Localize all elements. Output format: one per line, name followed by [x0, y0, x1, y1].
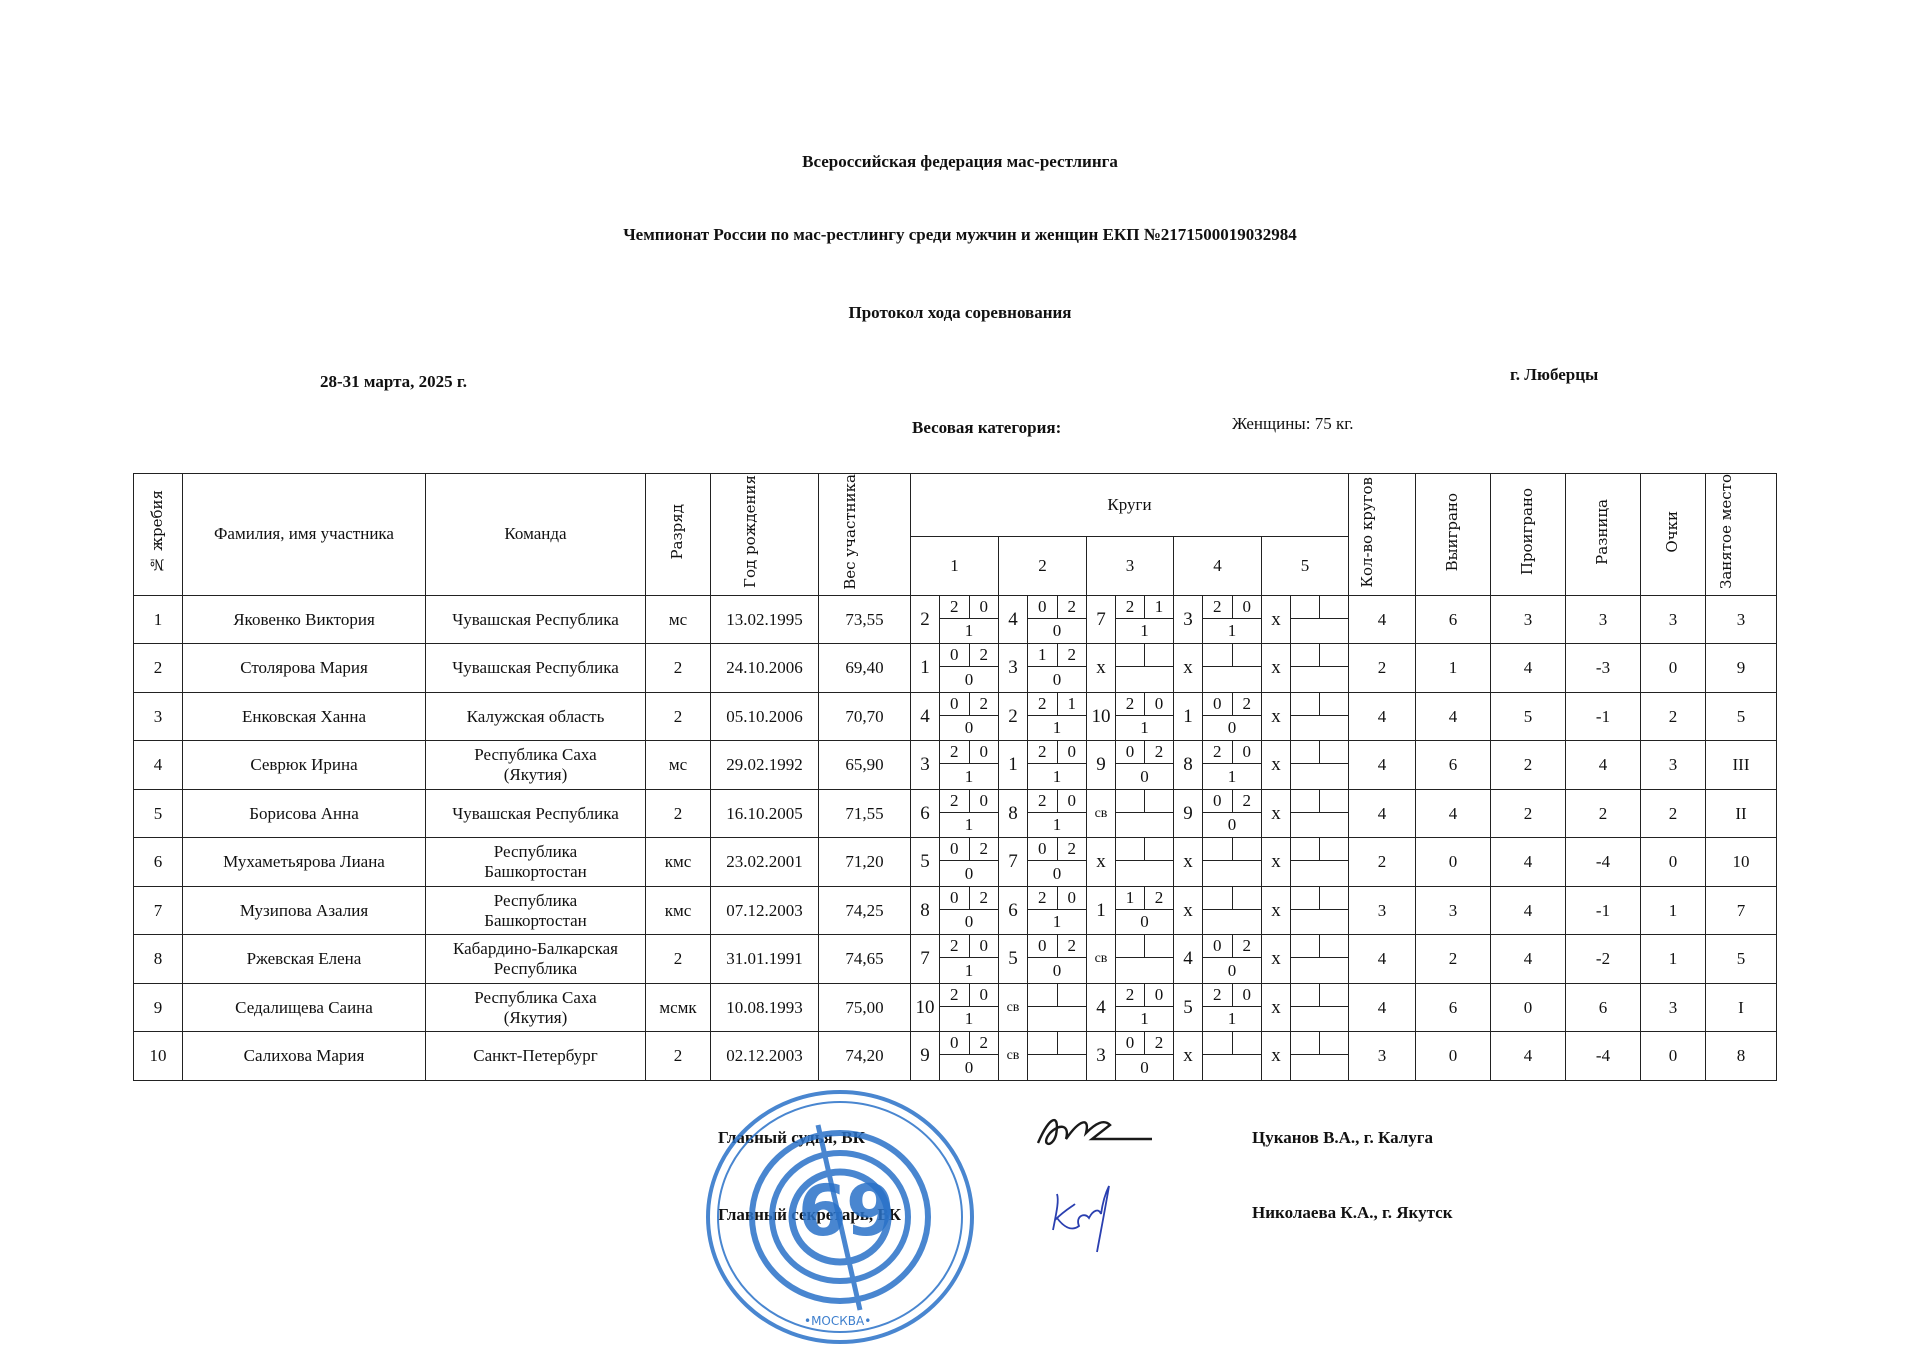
- won: 6: [1416, 983, 1491, 1032]
- score-own: 0: [1028, 935, 1058, 957]
- opponent-no: x: [1262, 741, 1290, 789]
- score-own: [1291, 935, 1320, 957]
- table-row: 4Севрюк ИринаРеспублика Саха(Якутия)мс29…: [134, 741, 1777, 790]
- score-own: 0: [1116, 741, 1145, 763]
- score-own: [1291, 693, 1320, 715]
- score-own: 2: [1116, 596, 1145, 618]
- round-cell-3: св: [1087, 789, 1174, 838]
- score-opponent: 1: [1058, 693, 1087, 715]
- score-opponent: 2: [970, 838, 999, 860]
- round-points: 1: [940, 619, 998, 644]
- round-cell-4: x: [1174, 1032, 1262, 1081]
- draw-no: 1: [134, 595, 183, 644]
- round-points: [1203, 1055, 1261, 1080]
- federation-title: Всероссийская федерация мас-рестлинга: [0, 152, 1920, 172]
- score-own: 2: [1028, 741, 1058, 763]
- score-own: 2: [1116, 693, 1145, 715]
- team: Санкт-Петербург: [426, 1032, 646, 1081]
- table-row: 7Музипова АзалияРеспубликаБашкортостанкм…: [134, 886, 1777, 935]
- opponent-no: 9: [1087, 741, 1115, 789]
- round-number-2: 2: [999, 537, 1087, 596]
- score-opponent: 2: [1058, 935, 1087, 957]
- place: I: [1706, 983, 1777, 1032]
- opponent-no: 4: [911, 693, 939, 741]
- score-own: [1028, 984, 1058, 1006]
- weight: 75,00: [819, 983, 911, 1032]
- team-line: Республика Саха: [426, 988, 645, 1008]
- round-points: 1: [1028, 764, 1086, 789]
- diff: -1: [1566, 886, 1641, 935]
- weight: 74,25: [819, 886, 911, 935]
- lost: 2: [1491, 741, 1566, 790]
- score-opponent: [1233, 1032, 1262, 1054]
- participant-name: Енковская Ханна: [183, 692, 426, 741]
- opponent-no: 5: [999, 935, 1027, 983]
- championship-title: Чемпионат России по мас-рестлингу среди …: [0, 225, 1920, 245]
- svg-text:•МОСКВА•: •МОСКВА•: [804, 1314, 871, 1328]
- score-own: [1203, 644, 1233, 666]
- participant-name: Севрюк Ирина: [183, 741, 426, 790]
- round-cell-3: св: [1087, 935, 1174, 984]
- birth-date: 29.02.1992: [711, 741, 819, 790]
- team: Чувашская Республика: [426, 789, 646, 838]
- points: 3: [1641, 983, 1706, 1032]
- participant-name: Борисова Анна: [183, 789, 426, 838]
- round-cell-2: св: [999, 1032, 1087, 1081]
- chief-secretary-name: Николаева К.А., г. Якутск: [1252, 1203, 1453, 1223]
- round-points: [1116, 861, 1173, 886]
- score-box: 2 0 1: [939, 741, 998, 789]
- round-cell-3: 7 2 1 1: [1087, 595, 1174, 644]
- birth-date: 24.10.2006: [711, 644, 819, 693]
- opponent-no: x: [1174, 838, 1202, 886]
- table-row: 3Енковская ХаннаКалужская область205.10.…: [134, 692, 1777, 741]
- score-opponent: 0: [1058, 887, 1087, 909]
- round-cell-2: 2 2 1 1: [999, 692, 1087, 741]
- opponent-no: x: [1262, 790, 1290, 838]
- table-row: 9Седалищева СаинаРеспублика Саха(Якутия)…: [134, 983, 1777, 1032]
- rank: 2: [646, 1032, 711, 1081]
- round-cell-1: 4 0 2 0: [911, 692, 999, 741]
- table-row: 2Столярова МарияЧувашская Республика224.…: [134, 644, 1777, 693]
- opponent-no: x: [1262, 838, 1290, 886]
- opponent-no: св: [999, 1032, 1027, 1080]
- opponent-no: 8: [1174, 741, 1202, 789]
- round-points: [1116, 667, 1173, 692]
- score-box: 2 0 1: [1115, 693, 1173, 741]
- chief-judge-signature: [1030, 1105, 1160, 1155]
- opponent-no: 5: [911, 838, 939, 886]
- score-box: 2 0 1: [939, 596, 998, 644]
- weight: 69,40: [819, 644, 911, 693]
- round-points: [1116, 958, 1173, 983]
- table-row: 10Салихова МарияСанкт-Петербург202.12.20…: [134, 1032, 1777, 1081]
- draw-no: 2: [134, 644, 183, 693]
- round-cell-4: 5 2 0 1: [1174, 983, 1262, 1032]
- score-own: [1203, 838, 1233, 860]
- opponent-no: 1: [911, 644, 939, 692]
- draw-no: 8: [134, 935, 183, 984]
- competition-dates: 28-31 марта, 2025 г.: [320, 372, 467, 392]
- diff: 4: [1566, 741, 1641, 790]
- diff: 3: [1566, 595, 1641, 644]
- round-cell-4: x: [1174, 886, 1262, 935]
- score-opponent: 0: [970, 790, 999, 812]
- team-line: Калужская область: [426, 707, 645, 727]
- team-line: (Якутия): [426, 1008, 645, 1028]
- points: 1: [1641, 886, 1706, 935]
- score-own: 2: [940, 596, 970, 618]
- opponent-no: 9: [911, 1032, 939, 1080]
- birth-date: 31.01.1991: [711, 935, 819, 984]
- round-points: [1203, 861, 1261, 886]
- opponent-no: 2: [911, 596, 939, 644]
- lost: 3: [1491, 595, 1566, 644]
- score-opponent: 0: [970, 596, 999, 618]
- rank: кмс: [646, 886, 711, 935]
- score-own: 2: [940, 790, 970, 812]
- svg-text:6: 6: [798, 1170, 847, 1252]
- opponent-no: x: [1262, 596, 1290, 644]
- score-own: 0: [1203, 790, 1233, 812]
- score-opponent: [1320, 644, 1348, 666]
- score-box: [1290, 741, 1348, 789]
- score-opponent: [1320, 887, 1348, 909]
- score-own: [1116, 644, 1145, 666]
- score-opponent: 2: [970, 644, 999, 666]
- points: 0: [1641, 644, 1706, 693]
- score-opponent: [1233, 887, 1262, 909]
- col-birth: Год рождения: [711, 474, 819, 596]
- score-own: 2: [1203, 741, 1233, 763]
- round-cell-5: x: [1262, 644, 1349, 693]
- round-cell-3: 3 0 2 0: [1087, 1032, 1174, 1081]
- opponent-no: 4: [1174, 935, 1202, 983]
- round-points: 0: [1116, 910, 1173, 935]
- opponent-no: 8: [999, 790, 1027, 838]
- score-opponent: 1: [1145, 596, 1173, 618]
- round-points: [1291, 667, 1348, 692]
- round-cell-4: 3 2 0 1: [1174, 595, 1262, 644]
- round-cell-2: 3 1 2 0: [999, 644, 1087, 693]
- place: 7: [1706, 886, 1777, 935]
- score-own: 2: [1116, 984, 1145, 1006]
- rank: мсмк: [646, 983, 711, 1032]
- birth-date: 10.08.1993: [711, 983, 819, 1032]
- round-points: 0: [940, 667, 998, 692]
- score-opponent: 2: [1233, 935, 1262, 957]
- opponent-no: 7: [911, 935, 939, 983]
- round-cell-5: x: [1262, 1032, 1349, 1081]
- score-box: 0 2 0: [1202, 693, 1261, 741]
- protocol-table: № жребия Фамилия, имя участника Команда …: [133, 473, 1777, 1081]
- score-own: [1116, 838, 1145, 860]
- rounds-count: 4: [1349, 595, 1416, 644]
- draw-no: 4: [134, 741, 183, 790]
- opponent-no: 9: [1174, 790, 1202, 838]
- score-opponent: 2: [1145, 741, 1173, 763]
- opponent-no: св: [999, 984, 1027, 1032]
- team: Республика Саха(Якутия): [426, 983, 646, 1032]
- lost: 4: [1491, 935, 1566, 984]
- score-box: [1202, 838, 1261, 886]
- col-rounds: Круги: [911, 474, 1349, 537]
- lost: 4: [1491, 838, 1566, 887]
- weight: 74,65: [819, 935, 911, 984]
- round-points: 0: [1116, 1055, 1173, 1080]
- score-box: 0 2 0: [939, 1032, 998, 1080]
- round-points: 1: [1116, 716, 1173, 741]
- weight: 71,20: [819, 838, 911, 887]
- draw-no: 10: [134, 1032, 183, 1081]
- score-own: 2: [1028, 887, 1058, 909]
- score-own: [1028, 1032, 1058, 1054]
- opponent-no: x: [1174, 887, 1202, 935]
- birth-date: 13.02.1995: [711, 595, 819, 644]
- opponent-no: 1: [1174, 693, 1202, 741]
- place: 9: [1706, 644, 1777, 693]
- round-cell-2: 1 2 0 1: [999, 741, 1087, 790]
- round-points: 0: [940, 716, 998, 741]
- score-own: [1116, 790, 1145, 812]
- score-box: 2 0 1: [939, 984, 998, 1032]
- col-weight: Вес участника: [819, 474, 911, 596]
- points: 1: [1641, 935, 1706, 984]
- score-opponent: [1320, 1032, 1348, 1054]
- rounds-count: 2: [1349, 644, 1416, 693]
- round-number-5: 5: [1262, 537, 1349, 596]
- round-points: [1291, 1007, 1348, 1032]
- round-points: 1: [1203, 619, 1261, 644]
- won: 3: [1416, 886, 1491, 935]
- rounds-count: 3: [1349, 1032, 1416, 1081]
- diff: -4: [1566, 838, 1641, 887]
- weight: 74,20: [819, 1032, 911, 1081]
- opponent-no: x: [1174, 1032, 1202, 1080]
- round-points: 1: [1028, 910, 1086, 935]
- score-box: 2 0 1: [939, 935, 998, 983]
- score-own: 2: [1203, 596, 1233, 618]
- score-own: [1291, 1032, 1320, 1054]
- score-own: 0: [940, 887, 970, 909]
- round-cell-2: 8 2 0 1: [999, 789, 1087, 838]
- score-box: 0 2 0: [1202, 935, 1261, 983]
- round-cell-3: 10 2 0 1: [1087, 692, 1174, 741]
- round-cell-2: 5 0 2 0: [999, 935, 1087, 984]
- weight: 71,55: [819, 789, 911, 838]
- score-box: [1202, 887, 1261, 935]
- won: 1: [1416, 644, 1491, 693]
- participant-name: Мухаметьярова Лиана: [183, 838, 426, 887]
- score-box: [1115, 790, 1173, 838]
- lost: 4: [1491, 886, 1566, 935]
- score-box: [1290, 693, 1348, 741]
- round-cell-5: x: [1262, 595, 1349, 644]
- score-own: [1203, 1032, 1233, 1054]
- score-box: 2 0 1: [1115, 984, 1173, 1032]
- round-cell-2: 4 0 2 0: [999, 595, 1087, 644]
- score-opponent: [1145, 790, 1173, 812]
- round-cell-1: 8 0 2 0: [911, 886, 999, 935]
- score-own: 0: [1116, 1032, 1145, 1054]
- place: 10: [1706, 838, 1777, 887]
- round-points: 0: [1116, 764, 1173, 789]
- team: Чувашская Республика: [426, 644, 646, 693]
- score-box: [1290, 838, 1348, 886]
- opponent-no: x: [1262, 887, 1290, 935]
- team-line: Чувашская Республика: [426, 610, 645, 630]
- score-box: 0 2 0: [1115, 741, 1173, 789]
- round-cell-2: св: [999, 983, 1087, 1032]
- score-own: 0: [1203, 693, 1233, 715]
- round-points: 0: [940, 910, 998, 935]
- round-points: 1: [1028, 716, 1086, 741]
- team-line: Республика: [426, 842, 645, 862]
- round-points: 1: [1116, 1007, 1173, 1032]
- round-points: 1: [1116, 619, 1173, 644]
- score-own: 1: [1028, 644, 1058, 666]
- weight-category-value: Женщины: 75 кг.: [1232, 414, 1354, 434]
- round-points: 1: [940, 764, 998, 789]
- round-points: [1203, 910, 1261, 935]
- round-cell-1: 6 2 0 1: [911, 789, 999, 838]
- lost: 4: [1491, 1032, 1566, 1081]
- rank: 2: [646, 692, 711, 741]
- opponent-no: 6: [911, 790, 939, 838]
- score-opponent: 2: [1058, 838, 1087, 860]
- score-opponent: 0: [1233, 984, 1262, 1006]
- rounds-count: 4: [1349, 789, 1416, 838]
- score-own: 2: [940, 935, 970, 957]
- round-cell-1: 5 0 2 0: [911, 838, 999, 887]
- score-opponent: [1145, 935, 1173, 957]
- score-opponent: 2: [1233, 693, 1262, 715]
- place: 3: [1706, 595, 1777, 644]
- opponent-no: 3: [1087, 1032, 1115, 1080]
- points: 3: [1641, 595, 1706, 644]
- score-box: 0 2 0: [1027, 935, 1086, 983]
- score-box: [1202, 1032, 1261, 1080]
- score-box: 2 0 1: [1202, 741, 1261, 789]
- round-points: 1: [940, 813, 998, 838]
- team: Кабардино-БалкарскаяРеспублика: [426, 935, 646, 984]
- score-opponent: 2: [1058, 644, 1087, 666]
- team: Республика Саха(Якутия): [426, 741, 646, 790]
- round-number-1: 1: [911, 537, 999, 596]
- round-cell-5: x: [1262, 935, 1349, 984]
- round-points: [1291, 764, 1348, 789]
- score-box: 1 2 0: [1115, 887, 1173, 935]
- birth-date: 02.12.2003: [711, 1032, 819, 1081]
- score-box: 0 2 0: [939, 644, 998, 692]
- score-opponent: [1320, 838, 1348, 860]
- round-points: 0: [940, 861, 998, 886]
- opponent-no: 10: [911, 984, 939, 1032]
- team-line: Республика Саха: [426, 745, 645, 765]
- score-own: [1291, 790, 1320, 812]
- protocol-title: Протокол хода соревнования: [0, 303, 1920, 323]
- draw-no: 6: [134, 838, 183, 887]
- participant-name: Столярова Мария: [183, 644, 426, 693]
- score-own: [1116, 935, 1145, 957]
- chief-secretary-signature: [1045, 1180, 1125, 1260]
- participant-name: Салихова Мария: [183, 1032, 426, 1081]
- team: РеспубликаБашкортостан: [426, 886, 646, 935]
- diff: 2: [1566, 789, 1641, 838]
- opponent-no: x: [1262, 693, 1290, 741]
- round-cell-3: 4 2 0 1: [1087, 983, 1174, 1032]
- rounds-count: 2: [1349, 838, 1416, 887]
- round-cell-5: x: [1262, 741, 1349, 790]
- score-box: 0 2 0: [939, 838, 998, 886]
- weight-category-label: Весовая категория:: [912, 418, 1061, 438]
- score-box: 2 0 1: [1027, 741, 1086, 789]
- score-box: [1290, 596, 1348, 644]
- score-own: 0: [940, 838, 970, 860]
- round-points: 1: [940, 1007, 998, 1032]
- score-box: [1027, 984, 1086, 1032]
- col-lost: Проиграно: [1491, 474, 1566, 596]
- opponent-no: 1: [999, 741, 1027, 789]
- rounds-count: 4: [1349, 983, 1416, 1032]
- score-opponent: 0: [1233, 596, 1262, 618]
- birth-date: 07.12.2003: [711, 886, 819, 935]
- round-cell-5: x: [1262, 789, 1349, 838]
- score-own: 0: [940, 644, 970, 666]
- opponent-no: x: [1087, 644, 1115, 692]
- opponent-no: 3: [1174, 596, 1202, 644]
- round-cell-1: 2 2 0 1: [911, 595, 999, 644]
- round-cell-1: 1 0 2 0: [911, 644, 999, 693]
- won: 6: [1416, 595, 1491, 644]
- lost: 4: [1491, 644, 1566, 693]
- round-cell-3: x: [1087, 644, 1174, 693]
- birth-date: 05.10.2006: [711, 692, 819, 741]
- score-own: 0: [940, 693, 970, 715]
- round-cell-4: x: [1174, 838, 1262, 887]
- points: 0: [1641, 1032, 1706, 1081]
- opponent-no: x: [1087, 838, 1115, 886]
- score-opponent: 0: [1233, 741, 1262, 763]
- score-box: 0 2 0: [1202, 790, 1261, 838]
- score-own: [1291, 741, 1320, 763]
- table-row: 8Ржевская ЕленаКабардино-БалкарскаяРеспу…: [134, 935, 1777, 984]
- score-own: [1291, 838, 1320, 860]
- round-points: 0: [1203, 958, 1261, 983]
- score-opponent: [1320, 596, 1348, 618]
- round-points: [1291, 861, 1348, 886]
- round-points: 0: [1028, 861, 1086, 886]
- col-team: Команда: [426, 474, 646, 596]
- won: 0: [1416, 838, 1491, 887]
- opponent-no: 7: [999, 838, 1027, 886]
- score-own: 0: [940, 1032, 970, 1054]
- opponent-no: x: [1262, 935, 1290, 983]
- score-box: 2 0 1: [1027, 887, 1086, 935]
- col-won: Выиграно: [1416, 474, 1491, 596]
- won: 2: [1416, 935, 1491, 984]
- participant-name: Музипова Азалия: [183, 886, 426, 935]
- score-opponent: [1320, 693, 1348, 715]
- round-cell-2: 7 0 2 0: [999, 838, 1087, 887]
- round-points: 1: [1203, 764, 1261, 789]
- opponent-no: 8: [911, 887, 939, 935]
- won: 6: [1416, 741, 1491, 790]
- score-own: [1291, 984, 1320, 1006]
- team: Калужская область: [426, 692, 646, 741]
- round-cell-2: 6 2 0 1: [999, 886, 1087, 935]
- score-box: [1290, 644, 1348, 692]
